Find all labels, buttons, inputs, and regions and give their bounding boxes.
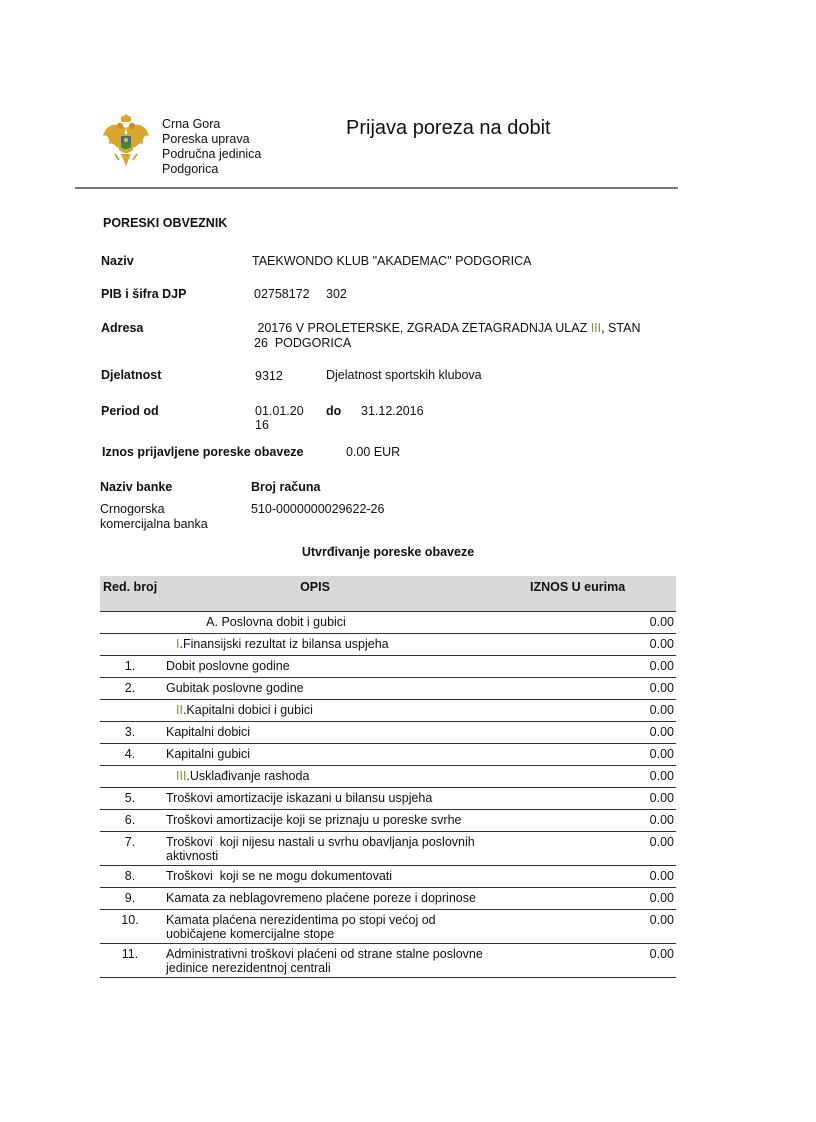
row-number: 5. [100, 791, 160, 805]
naziv-value: TAEKWONDO KLUB "AKADEMAC" PODGORICA [252, 254, 532, 268]
row-amount: 0.00 [650, 637, 674, 651]
bank-name-line1: Crnogorska [100, 502, 208, 517]
row-number: 4. [100, 747, 160, 761]
table-row: 9.Kamata za neblagovremeno plaćene porez… [100, 888, 676, 910]
row-description: Troškovi amortizacije koji se priznaju u… [166, 810, 486, 829]
bank-account: 510-0000000029622-26 [251, 502, 384, 516]
table-body: A. Poslovna dobit i gubici0.00I.Finansij… [100, 612, 676, 978]
row-description-text: Troškovi amortizacije koji se priznaju u… [166, 813, 461, 827]
org-agency: Poreska uprava [162, 132, 261, 147]
row-number: 2. [100, 681, 160, 695]
document-title: Prijava poreza na dobit [346, 117, 551, 140]
row-description: Kamata plaćena nerezidentima po stopi ve… [166, 910, 486, 943]
pib-label: PIB i šifra DJP [101, 287, 186, 301]
adresa-entrance-number: III [591, 321, 601, 335]
row-description: Administrativni troškovi plaćeni od stra… [166, 944, 486, 977]
row-description: Kapitalni dobici [166, 722, 486, 741]
adresa-label: Adresa [101, 321, 143, 335]
row-description-text: A. Poslovna dobit i gubici [206, 615, 346, 629]
row-amount: 0.00 [650, 769, 674, 783]
row-description-text: Kapitalni dobici [166, 725, 250, 739]
table-row: 1.Dobit poslovne godine0.00 [100, 656, 676, 678]
row-description-text: Kapitalni gubici [166, 747, 250, 761]
djp-value: 302 [326, 287, 347, 301]
table-header: Red. broj OPIS IZNOS U eurima [100, 576, 676, 612]
row-description-text: Administrativni troškovi plaćeni od stra… [166, 947, 486, 975]
row-number: 1. [100, 659, 160, 673]
period-to: 31.12.2016 [361, 404, 424, 418]
table-row: 4.Kapitalni gubici0.00 [100, 744, 676, 766]
row-description-text: .Kapitalni dobici i gubici [183, 703, 313, 717]
row-number: 9. [100, 891, 160, 905]
row-number: 6. [100, 813, 160, 827]
row-description: Kamata za neblagovremeno plaćene poreze … [166, 888, 486, 907]
row-description: Troškovi koji nijesu nastali u svrhu oba… [166, 832, 486, 865]
period-from-line2: 16 [255, 418, 304, 432]
row-amount: 0.00 [650, 835, 674, 849]
row-number: 10. [100, 913, 160, 927]
row-description-text: Kamata za neblagovremeno plaćene poreze … [166, 891, 476, 905]
adresa-line1-b: , STAN [601, 321, 640, 335]
djelatnost-label: Djelatnost [101, 368, 161, 382]
row-amount: 0.00 [650, 747, 674, 761]
section-roman-numeral: III [176, 769, 186, 783]
adresa-line2: 26 PODGORICA [254, 336, 640, 351]
row-description-text: Dobit poslovne godine [166, 659, 290, 673]
adresa-value: 20176 V PROLETERSKE, ZGRADA ZETAGRADNJA … [254, 321, 640, 351]
table-row: II.Kapitalni dobici i gubici0.00 [100, 700, 676, 722]
row-description-text: .Usklađivanje rashoda [186, 769, 309, 783]
pib-value: 02758172 [254, 287, 310, 301]
iznos-label: Iznos prijavljene poreske obaveze [102, 445, 303, 459]
row-description: A. Poslovna dobit i gubici [100, 612, 452, 631]
row-description: III.Usklađivanje rashoda [176, 766, 496, 785]
row-amount: 0.00 [650, 791, 674, 805]
table-row: 11.Administrativni troškovi plaćeni od s… [100, 944, 676, 978]
table-row: 10.Kamata plaćena nerezidentima po stopi… [100, 910, 676, 944]
row-description: Troškovi koji se ne mogu dokumentovati [166, 866, 486, 885]
table-row: 8.Troškovi koji se ne mogu dokumentovati… [100, 866, 676, 888]
bank-name: Crnogorska komercijalna banka [100, 502, 208, 532]
row-description-text: Kamata plaćena nerezidentima po stopi ve… [166, 913, 439, 941]
row-amount: 0.00 [650, 659, 674, 673]
row-amount: 0.00 [650, 703, 674, 717]
org-city: Podgorica [162, 162, 261, 177]
table-row: III.Usklađivanje rashoda0.00 [100, 766, 676, 788]
table-title: Utvrđivanje poreske obaveze [100, 545, 676, 559]
row-description-text: .Finansijski rezultat iz bilansa uspjeha [179, 637, 388, 651]
row-description: Kapitalni gubici [166, 744, 486, 763]
bank-account-label: Broj računa [251, 480, 320, 494]
period-to-label: do [326, 404, 341, 418]
row-description-text: Troškovi koji se ne mogu dokumentovati [166, 869, 392, 883]
row-number: 3. [100, 725, 160, 739]
header-iznos: IZNOS U eurima [530, 580, 625, 594]
djelatnost-description: Djelatnost sportskih klubova [326, 368, 482, 382]
row-description-text: Troškovi koji nijesu nastali u svrhu oba… [166, 835, 478, 863]
table-row: 2.Gubitak poslovne godine0.00 [100, 678, 676, 700]
row-amount: 0.00 [650, 725, 674, 739]
row-amount: 0.00 [650, 813, 674, 827]
row-description-text: Troškovi amortizacije iskazani u bilansu… [166, 791, 432, 805]
row-description: Gubitak poslovne godine [166, 678, 486, 697]
org-unit: Područna jedinica [162, 147, 261, 162]
header-opis: OPIS [100, 580, 530, 594]
row-description-text: Gubitak poslovne godine [166, 681, 304, 695]
period-label: Period od [101, 404, 159, 418]
row-amount: 0.00 [650, 681, 674, 695]
djelatnost-code: 9312 [255, 369, 283, 383]
period-from: 01.01.20 16 [255, 404, 304, 432]
row-amount: 0.00 [650, 947, 674, 961]
section-roman-numeral: II [176, 703, 183, 717]
coat-of-arms-icon [101, 114, 151, 170]
section-title-taxpayer: PORESKI OBVEZNIK [103, 216, 227, 230]
table-row: 7.Troškovi koji nijesu nastali u svrhu o… [100, 832, 676, 866]
row-description: II.Kapitalni dobici i gubici [176, 700, 496, 719]
row-number: 11. [100, 947, 160, 961]
row-description: Dobit poslovne godine [166, 656, 486, 675]
row-amount: 0.00 [650, 913, 674, 927]
row-number: 7. [100, 835, 160, 849]
header-divider [75, 187, 678, 189]
table-row: 5.Troškovi amortizacije iskazani u bilan… [100, 788, 676, 810]
row-amount: 0.00 [650, 891, 674, 905]
table-row: 3.Kapitalni dobici0.00 [100, 722, 676, 744]
row-amount: 0.00 [650, 869, 674, 883]
naziv-label: Naziv [101, 254, 134, 268]
row-number: 8. [100, 869, 160, 883]
row-amount: 0.00 [650, 615, 674, 629]
period-from-line1: 01.01.20 [255, 404, 304, 418]
issuing-authority: Crna Gora Poreska uprava Područna jedini… [162, 117, 261, 177]
row-description: I.Finansijski rezultat iz bilansa uspjeh… [176, 634, 496, 653]
table-row: A. Poslovna dobit i gubici0.00 [100, 612, 676, 634]
iznos-value: 0.00 EUR [346, 445, 400, 459]
row-description: Troškovi amortizacije iskazani u bilansu… [166, 788, 486, 807]
table-row: I.Finansijski rezultat iz bilansa uspjeh… [100, 634, 676, 656]
table-row: 6.Troškovi amortizacije koji se priznaju… [100, 810, 676, 832]
bank-name-label: Naziv banke [100, 480, 172, 494]
adresa-line1-a: 20176 V PROLETERSKE, ZGRADA ZETAGRADNJA … [254, 321, 591, 335]
bank-name-line2: komercijalna banka [100, 517, 208, 532]
org-country: Crna Gora [162, 117, 261, 132]
